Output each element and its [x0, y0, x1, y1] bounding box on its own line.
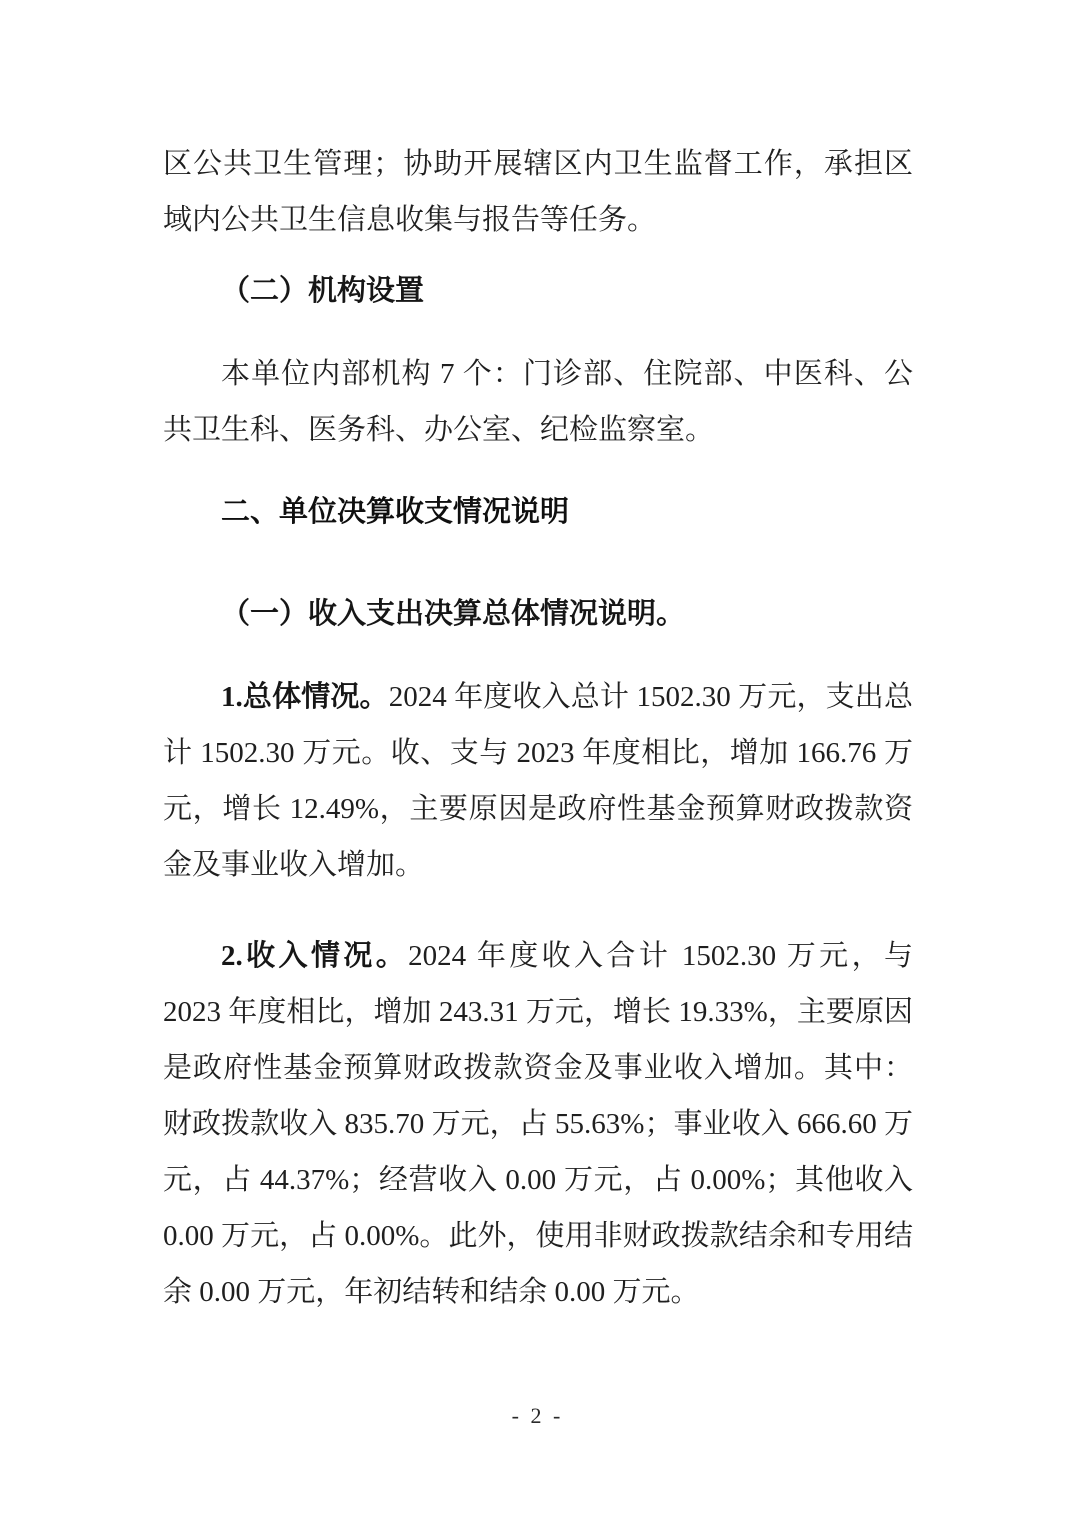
paragraph-income-situation: 2.收入情况。2024 年度收入合计 1502.30 万元，与 2023 年度相…: [163, 928, 913, 1320]
heading-org-setup: （二）机构设置: [163, 263, 913, 319]
paragraph-income-body: 2024 年度收入合计 1502.30 万元，与 2023 年度相比，增加 24…: [163, 940, 913, 1308]
page-number: - 2 -: [512, 1403, 564, 1428]
heading-section-2-1: （一）收入支出决算总体情况说明。: [163, 586, 913, 642]
paragraph-income-lead: 2.收入情况。: [221, 940, 408, 972]
paragraph-overall-situation: 1.总体情况。2024 年度收入总计 1502.30 万元，支出总计 1502.…: [163, 669, 913, 893]
paragraph-continuation: 区公共卫生管理；协助开展辖区内卫生监督工作，承担区域内公共卫生信息收集与报告等任…: [163, 136, 913, 248]
paragraph-org-structure: 本单位内部机构 7 个：门诊部、住院部、中医科、公共卫生科、医务科、办公室、纪检…: [163, 346, 913, 458]
paragraph-overall-lead: 1.总体情况。: [221, 681, 389, 713]
heading-section-2: 二、单位决算收支情况说明: [163, 484, 913, 540]
document-body: 区公共卫生管理；协助开展辖区内卫生监督工作，承担区域内公共卫生信息收集与报告等任…: [163, 136, 913, 1320]
page-footer: - 2 -: [0, 1402, 1075, 1430]
document-page: 区公共卫生管理；协助开展辖区内卫生监督工作，承担区域内公共卫生信息收集与报告等任…: [0, 0, 1075, 1520]
